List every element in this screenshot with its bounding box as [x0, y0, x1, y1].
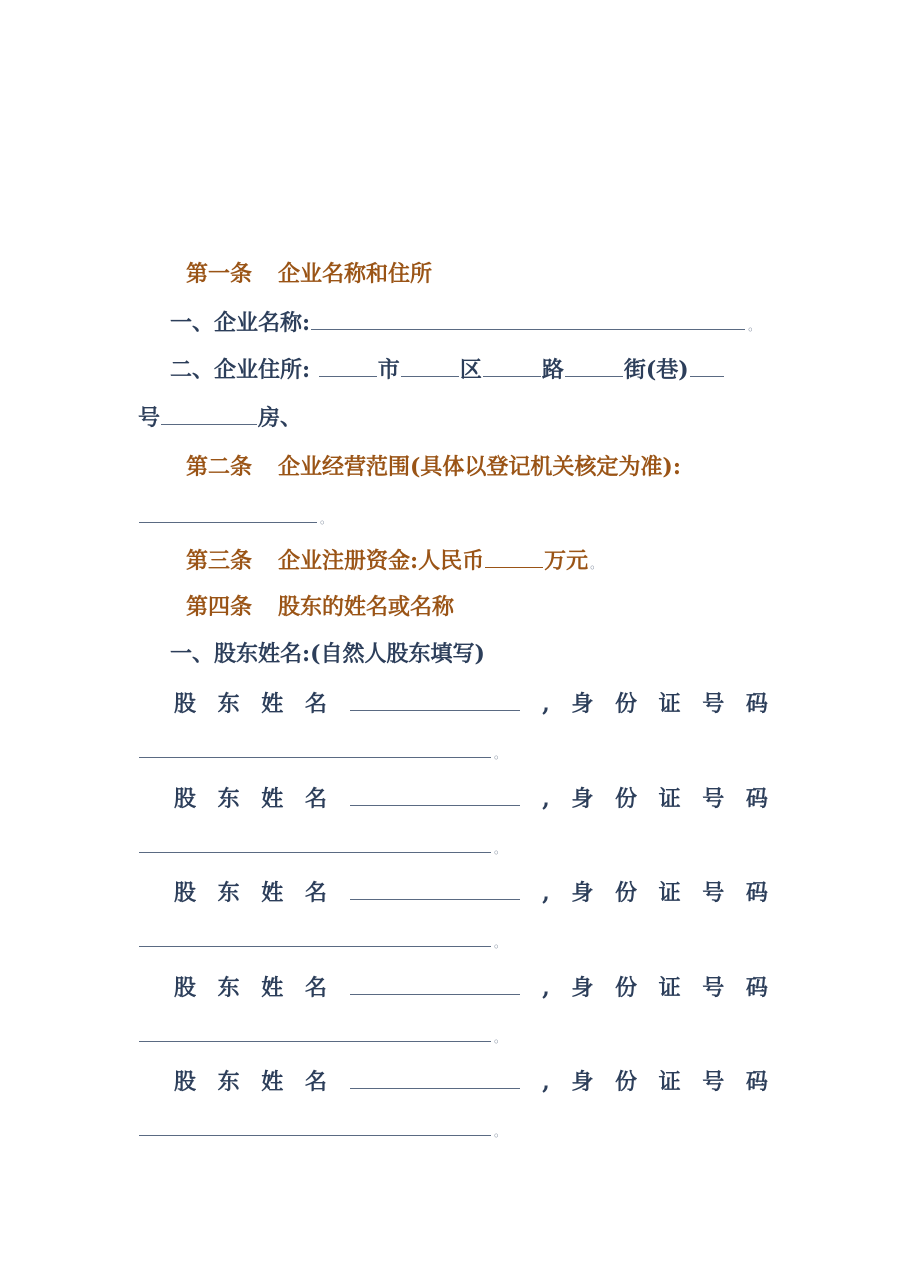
name-label-char: 姓 [261, 878, 283, 908]
article-3-heading: 第三条企业注册资金:人民币万元。 [186, 545, 602, 579]
business-scope-row: 。 [138, 500, 332, 534]
road-label: 路 [542, 357, 564, 383]
name-label-char: 东 [218, 1067, 240, 1097]
comma: , [542, 1067, 550, 1097]
id-label-char: 证 [659, 973, 681, 1003]
comma: , [542, 784, 550, 814]
id-label-char: 号 [702, 878, 724, 908]
id-label-char: 号 [702, 784, 724, 814]
article-2-heading: 第二条企业经营范围(具体以登记机关核定为准): [186, 452, 681, 482]
district-label: 区 [460, 357, 482, 383]
name-label-char: 姓 [261, 784, 283, 814]
id-label-char: 身 [571, 878, 593, 908]
article-4-heading: 第四条股东的姓名或名称 [186, 592, 454, 622]
id-label-char: 身 [571, 1067, 593, 1097]
name-label-char: 股 [174, 689, 196, 719]
id-label-char: 号 [702, 1067, 724, 1097]
shareholder-id-row: 。 [138, 735, 506, 769]
article-number: 第一条 [186, 261, 252, 287]
name-label-char: 东 [218, 973, 240, 1003]
shareholder-id-field[interactable] [139, 735, 491, 758]
id-label-char: 号 [702, 689, 724, 719]
id-label-char: 证 [659, 784, 681, 814]
article-title: 股东的姓名或名称 [278, 594, 454, 620]
capital-unit: 万元 [544, 548, 588, 574]
id-label-char: 码 [746, 878, 768, 908]
id-label-char: 码 [746, 689, 768, 719]
name-label-char: 股 [174, 878, 196, 908]
shareholder-id-field[interactable] [139, 830, 491, 853]
shareholder-id-row: 。 [138, 1019, 506, 1053]
room-label: 房、 [258, 405, 302, 431]
comma: , [542, 689, 550, 719]
shareholder-id-row: 。 [138, 830, 506, 864]
article-1-heading: 第一条企业名称和住所 [186, 259, 432, 289]
shareholder-row: 股东姓名,身份证号码 [174, 877, 768, 908]
company-address-label: 二、企业住所: [170, 357, 310, 383]
shareholder-name-field[interactable] [350, 688, 520, 711]
name-label-char: 名 [305, 1067, 327, 1097]
company-name-field[interactable] [311, 307, 745, 330]
name-label-char: 名 [305, 878, 327, 908]
id-label-char: 份 [615, 689, 637, 719]
id-label-char: 份 [615, 1067, 637, 1097]
number-label: 号 [138, 405, 160, 431]
period: 。 [590, 557, 602, 571]
period: 。 [494, 936, 506, 950]
comma: , [542, 973, 550, 1003]
id-label-char: 证 [659, 1067, 681, 1097]
shareholder-name-field[interactable] [350, 1066, 520, 1089]
company-name-label: 一、企业名称: [170, 310, 310, 336]
room-field[interactable] [161, 402, 257, 425]
name-label-char: 东 [218, 689, 240, 719]
shareholder-section-label: 一、股东姓名:(自然人股东填写) [170, 639, 485, 669]
article-number: 第三条 [186, 548, 252, 574]
company-address-row-cont: 号房、 [138, 402, 302, 433]
period: 。 [748, 319, 760, 333]
article-title: 企业名称和住所 [278, 261, 432, 287]
comma: , [542, 878, 550, 908]
period: 。 [494, 842, 506, 856]
shareholder-name-field[interactable] [350, 972, 520, 995]
shareholder-name-field[interactable] [350, 783, 520, 806]
name-label-char: 股 [174, 1067, 196, 1097]
name-label-char: 东 [218, 784, 240, 814]
id-label-char: 码 [746, 784, 768, 814]
id-label-char: 份 [615, 784, 637, 814]
name-label-char: 股 [174, 973, 196, 1003]
name-label-char: 东 [218, 878, 240, 908]
company-name-row: 一、企业名称:。 [170, 307, 760, 341]
business-scope-field[interactable] [139, 500, 317, 523]
article-number: 第四条 [186, 594, 252, 620]
id-label-char: 码 [746, 1067, 768, 1097]
name-label-char: 姓 [261, 1067, 283, 1097]
road-field[interactable] [483, 354, 541, 377]
name-label-char: 姓 [261, 689, 283, 719]
city-label: 市 [378, 357, 400, 383]
shareholder-id-field[interactable] [139, 1019, 491, 1042]
id-label-char: 身 [571, 784, 593, 814]
registered-capital-field[interactable] [485, 545, 543, 568]
name-label-char: 名 [305, 784, 327, 814]
street-field[interactable] [565, 354, 623, 377]
id-label-char: 身 [571, 689, 593, 719]
shareholder-id-field[interactable] [139, 924, 491, 947]
city-field[interactable] [319, 354, 377, 377]
id-label-char: 身 [571, 973, 593, 1003]
name-label-char: 股 [174, 784, 196, 814]
period: 。 [320, 512, 332, 526]
shareholder-id-row: 。 [138, 924, 506, 958]
article-number: 第二条 [186, 454, 252, 480]
id-label-char: 证 [659, 878, 681, 908]
article-title: 企业注册资金:人民币 [278, 548, 484, 574]
period: 。 [494, 747, 506, 761]
period: 。 [494, 1031, 506, 1045]
period: 。 [494, 1125, 506, 1139]
district-field[interactable] [401, 354, 459, 377]
id-label-char: 号 [702, 973, 724, 1003]
id-label-char: 码 [746, 973, 768, 1003]
shareholder-row: 股东姓名,身份证号码 [174, 783, 768, 814]
shareholder-id-row: 。 [138, 1113, 506, 1147]
name-label-char: 名 [305, 973, 327, 1003]
id-label-char: 证 [659, 689, 681, 719]
street-label: 街(巷) [624, 357, 689, 383]
article-title: 企业经营范围(具体以登记机关核定为准): [278, 454, 681, 480]
id-label-char: 份 [615, 878, 637, 908]
shareholder-row: 股东姓名,身份证号码 [174, 972, 768, 1003]
shareholder-row: 股东姓名,身份证号码 [174, 1066, 768, 1097]
name-label-char: 名 [305, 689, 327, 719]
shareholder-name-field[interactable] [350, 877, 520, 900]
id-label-char: 份 [615, 973, 637, 1003]
shareholder-row: 股东姓名,身份证号码 [174, 688, 768, 719]
name-label-char: 姓 [261, 973, 283, 1003]
shareholder-id-field[interactable] [139, 1113, 491, 1136]
shareholder-label: 一、股东姓名:(自然人股东填写) [170, 641, 485, 667]
number-field[interactable] [690, 354, 724, 377]
company-address-row: 二、企业住所: 市区路街(巷) [170, 354, 725, 385]
